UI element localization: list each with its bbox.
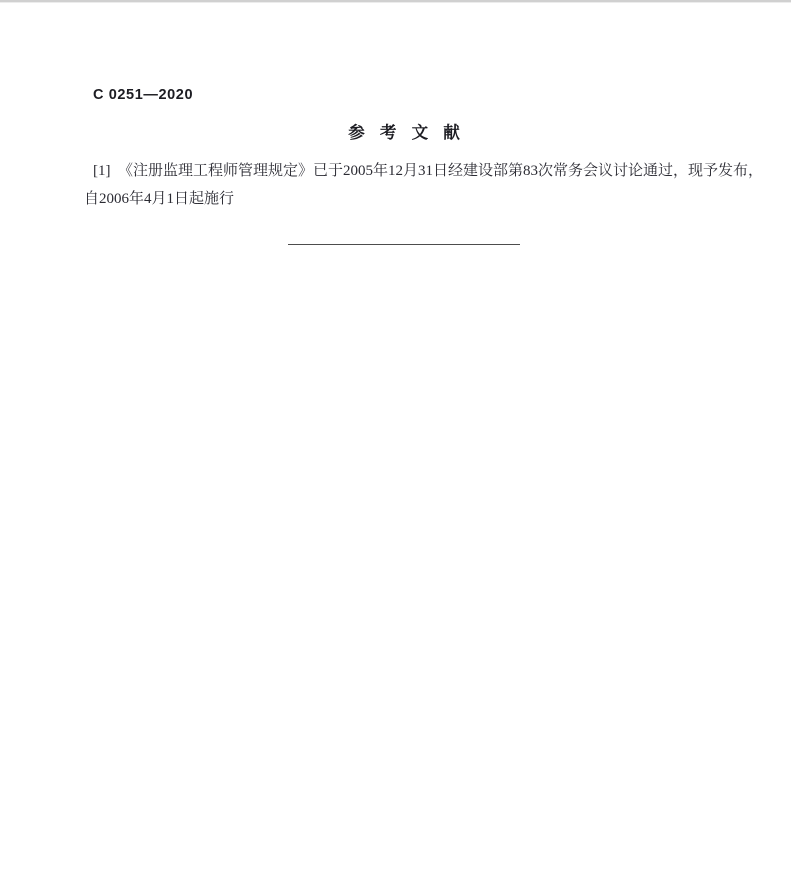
- references-title: 参 考 文 献: [348, 119, 462, 143]
- window-top-edge: [0, 0, 791, 3]
- end-of-document-rule: [288, 244, 520, 245]
- standard-code-header: C 0251—2020: [93, 87, 193, 103]
- reference-entry-line-1: [1] 《注册监理工程师管理规定》已于2005年12月31日经建设部第83次常务…: [93, 160, 763, 182]
- reference-entry-line-2: 自2006年4月1日起施行: [84, 188, 234, 210]
- document-page: C 0251—2020 参 考 文 献 [1] 《注册监理工程师管理规定》已于2…: [0, 0, 791, 893]
